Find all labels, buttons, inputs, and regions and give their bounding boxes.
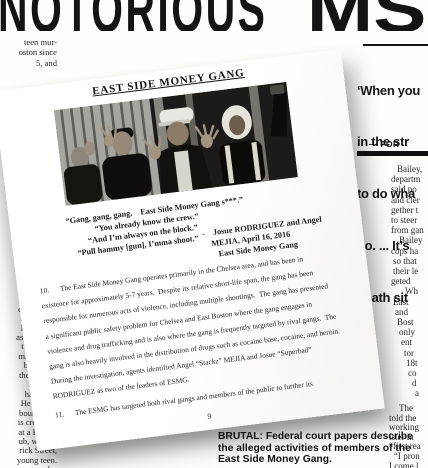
newspaper-clipping: NOTORIOUSMS teen mur- oston since 5, and… [0,0,428,468]
news-line: co [408,368,424,378]
news-line: said po [391,184,424,194]
gang-group-photo [54,82,298,206]
headline-word-2: MS [307,0,427,31]
photo-caption: BRUTAL: Federal court papers describe th… [218,431,426,466]
pull-quote-line: ‘When you [357,82,420,99]
top-divider-rule [363,44,428,46]
news-line: a [415,388,424,398]
news-line: geted [391,276,424,286]
pull-quote-divider-rule [357,151,428,156]
news-line: gether t [391,205,424,215]
news-line: oston since [0,47,57,57]
news-line: to steer [391,215,424,225]
news-line: cops ha [391,246,424,256]
pull-quote-attribution: — FOR [369,139,399,149]
right-column-upper: Bailey, departm said po and cler gether … [391,164,424,399]
headline-text: NOTORIOUSMS [0,0,368,31]
court-document: EAST SIDE MONEY GANG [0,49,385,451]
news-line: their le [393,266,424,276]
news-line: Bost [397,317,424,327]
news-line: departm [391,174,424,184]
news-line: and cler [391,195,424,205]
headline-word-1: NOTORIOUS [0,0,267,31]
news-line: Bailey, [397,164,424,174]
news-line: tor [404,348,424,358]
news-line: Bailey [399,235,424,245]
news-line: ent [401,337,424,347]
news-line: teen mur- [0,37,57,47]
news-line: and [395,307,424,317]
left-column-top: teen mur- oston since 5, and [0,37,57,68]
news-line: only [399,327,424,337]
news-line: so that [393,256,424,266]
news-line: from gan [391,225,424,235]
news-line: Wh [405,286,424,296]
headline: NOTORIOUSMS [0,0,428,31]
news-line: 5, and [0,58,57,68]
news-line: 18t [406,358,424,368]
news-line: d [412,378,424,388]
news-line: East [393,297,424,307]
document-body: 10. The East Side Money Gang operates pr… [39,244,378,422]
